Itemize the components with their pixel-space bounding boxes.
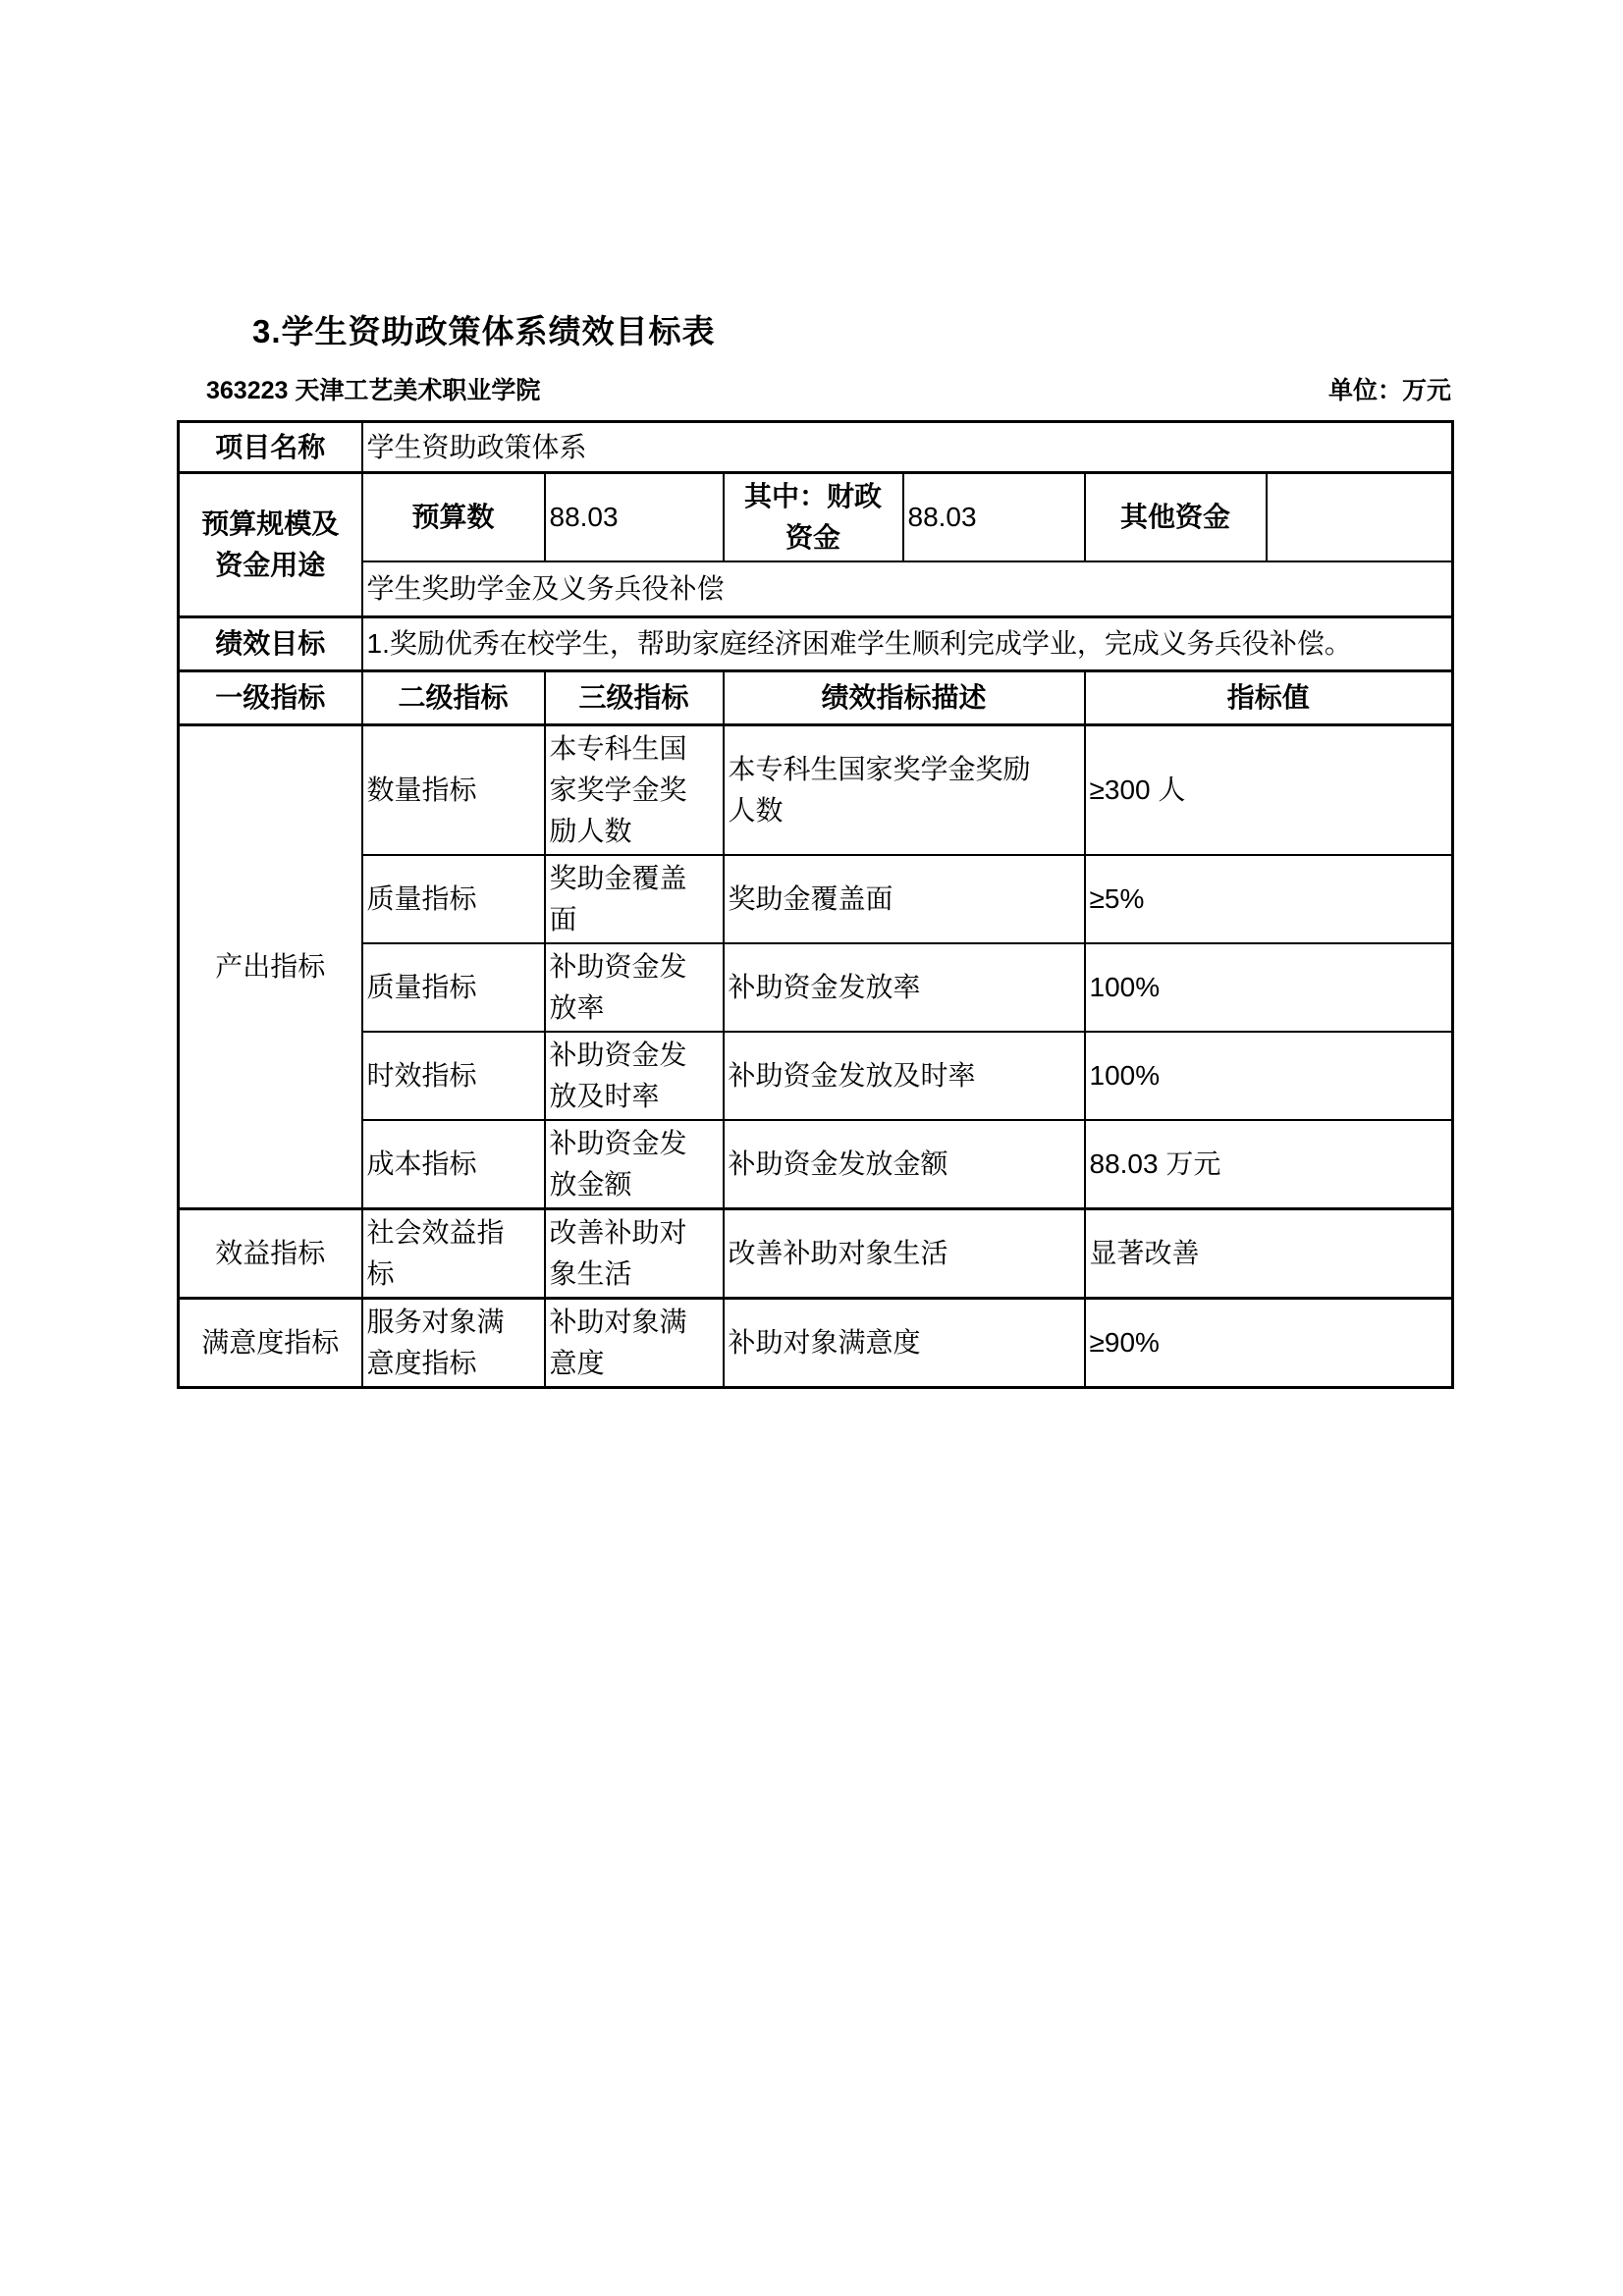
table-row: 绩效目标 1.奖励优秀在校学生，帮助家庭经济困难学生顺利完成学业，完成义务兵役补… [179, 616, 1453, 670]
header-level1-cell: 一级指标 [179, 670, 362, 724]
level2-cell: 质量指标 [362, 855, 545, 943]
level3-cell: 本专科生国 家奖学金奖 励人数 [545, 724, 724, 855]
project-name-value-cell: 学生资助政策体系 [362, 422, 1453, 473]
budget-number-value-cell: 88.03 [545, 473, 724, 562]
indicator-value-cell: ≥5% [1085, 855, 1453, 943]
header-level2-cell: 二级指标 [362, 670, 545, 724]
level2-cell: 质量指标 [362, 943, 545, 1032]
indicator-value-cell: 88.03 万元 [1085, 1120, 1453, 1209]
indicator-value-cell: ≥300 人 [1085, 724, 1453, 855]
table-row: 效益指标 社会效益指 标 改善补助对 象生活 改善补助对象生活 显著改善 [179, 1209, 1453, 1299]
org-code-name: 363223 天津工艺美术职业学院 [177, 371, 540, 406]
level3-cell: 改善补助对 象生活 [545, 1209, 724, 1299]
level1-output-cell: 产出指标 [179, 724, 362, 1209]
indicator-description-cell: 本专科生国家奖学金奖励 人数 [724, 724, 1085, 855]
level2-cell: 数量指标 [362, 724, 545, 855]
header-value-cell: 指标值 [1085, 670, 1453, 724]
indicator-description-cell: 奖助金覆盖面 [724, 855, 1085, 943]
level2-cell: 时效指标 [362, 1032, 545, 1120]
page-title: 3.学生资助政策体系绩效目标表 [252, 306, 716, 352]
budget-scale-label-cell: 预算规模及 资金用途 [179, 473, 362, 617]
table-row: 时效指标 补助资金发 放及时率 补助资金发放及时率 100% [179, 1032, 1453, 1120]
level3-cell: 补助对象满 意度 [545, 1299, 724, 1388]
indicator-description-cell: 改善补助对象生活 [724, 1209, 1085, 1299]
project-name-label-cell: 项目名称 [179, 422, 362, 473]
indicator-description-cell: 补助资金发放金额 [724, 1120, 1085, 1209]
level2-cell: 社会效益指 标 [362, 1209, 545, 1299]
table-row: 项目名称 学生资助政策体系 [179, 422, 1453, 473]
other-funds-label-cell: 其他资金 [1085, 473, 1267, 562]
indicator-value-cell: 100% [1085, 1032, 1453, 1120]
table-header-row: 一级指标 二级指标 三级指标 绩效指标描述 指标值 [179, 670, 1453, 724]
table-row: 产出指标 数量指标 本专科生国 家奖学金奖 励人数 本专科生国家奖学金奖励 人数… [179, 724, 1453, 855]
level3-cell: 补助资金发 放率 [545, 943, 724, 1032]
table-row: 质量指标 奖助金覆盖 面 奖助金覆盖面 ≥5% [179, 855, 1453, 943]
indicator-description-cell: 补助资金发放率 [724, 943, 1085, 1032]
indicator-description-cell: 补助资金发放及时率 [724, 1032, 1085, 1120]
fiscal-funds-value-cell: 88.03 [903, 473, 1085, 562]
budget-number-label-cell: 预算数 [362, 473, 545, 562]
table-row: 满意度指标 服务对象满 意度指标 补助对象满 意度 补助对象满意度 ≥90% [179, 1299, 1453, 1388]
header-description-cell: 绩效指标描述 [724, 670, 1085, 724]
level3-cell: 补助资金发 放金额 [545, 1120, 724, 1209]
indicator-description-cell: 补助对象满意度 [724, 1299, 1085, 1388]
fund-use-cell: 学生奖助学金及义务兵役补偿 [362, 561, 1453, 616]
fiscal-funds-label-cell: 其中：财政 资金 [724, 473, 903, 562]
level3-cell: 补助资金发 放及时率 [545, 1032, 724, 1120]
document-page: 3.学生资助政策体系绩效目标表 363223 天津工艺美术职业学院 单位：万元 … [0, 0, 1623, 2296]
level1-satisfaction-cell: 满意度指标 [179, 1299, 362, 1388]
level3-cell: 奖助金覆盖 面 [545, 855, 724, 943]
meta-row: 363223 天津工艺美术职业学院 单位：万元 [177, 371, 1451, 406]
performance-target-value-cell: 1.奖励优秀在校学生，帮助家庭经济困难学生顺利完成学业，完成义务兵役补偿。 [362, 616, 1453, 670]
level2-cell: 成本指标 [362, 1120, 545, 1209]
table-row: 学生奖助学金及义务兵役补偿 [179, 561, 1453, 616]
level1-benefit-cell: 效益指标 [179, 1209, 362, 1299]
level2-cell: 服务对象满 意度指标 [362, 1299, 545, 1388]
header-level3-cell: 三级指标 [545, 670, 724, 724]
performance-target-label-cell: 绩效目标 [179, 616, 362, 670]
indicator-value-cell: ≥90% [1085, 1299, 1453, 1388]
indicator-value-cell: 100% [1085, 943, 1453, 1032]
performance-target-table: 项目名称 学生资助政策体系 预算规模及 资金用途 预算数 88.03 其中：财政… [177, 420, 1454, 1389]
indicator-value-cell: 显著改善 [1085, 1209, 1453, 1299]
unit-label: 单位：万元 [1328, 371, 1451, 406]
table-row: 质量指标 补助资金发 放率 补助资金发放率 100% [179, 943, 1453, 1032]
table-row: 成本指标 补助资金发 放金额 补助资金发放金额 88.03 万元 [179, 1120, 1453, 1209]
table-row: 预算规模及 资金用途 预算数 88.03 其中：财政 资金 88.03 其他资金 [179, 473, 1453, 562]
other-funds-value-cell [1267, 473, 1453, 562]
